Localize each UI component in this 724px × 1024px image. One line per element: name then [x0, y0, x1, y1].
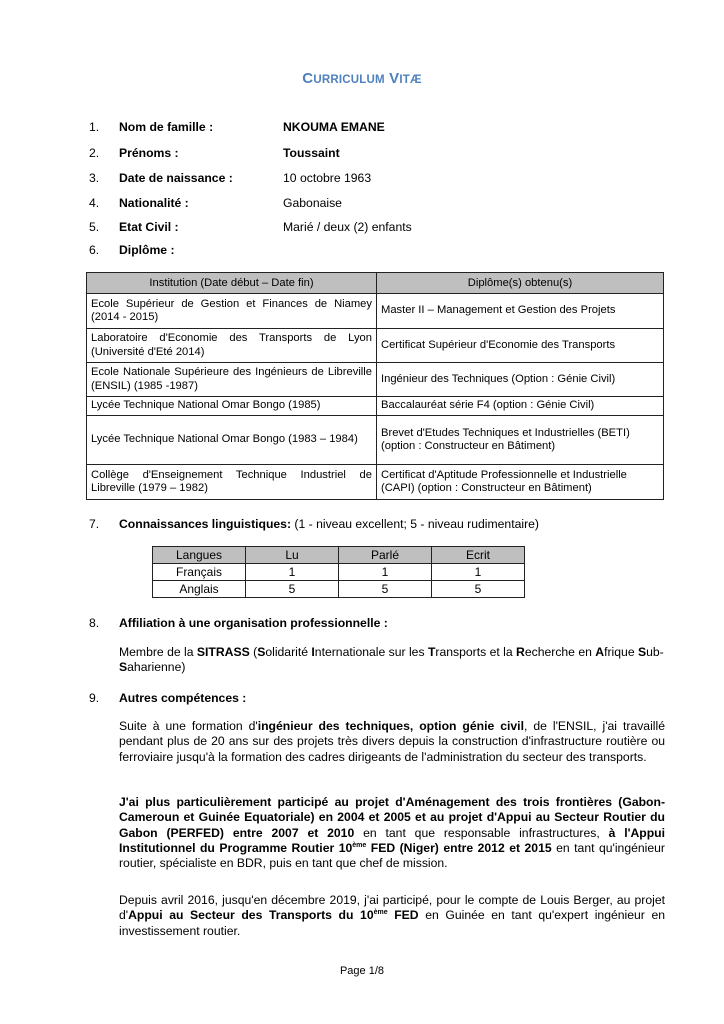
field-label: Diplôme : — [119, 241, 175, 259]
diploma-cell: Master II – Management et Gestion des Pr… — [377, 294, 664, 329]
diploma-cell: Certificat d'Aptitude Professionnelle et… — [377, 465, 664, 500]
diploma-cell: Brevet d'Etudes Techniques et Industriel… — [377, 416, 664, 465]
diploma-table: Institution (Date début – Date fin) Dipl… — [86, 272, 664, 500]
field-label: Nom de famille : — [119, 118, 213, 136]
level-cell: 5 — [339, 581, 432, 598]
diploma-line: (option : Constructeur en Bâtiment) — [381, 440, 659, 454]
item-number: 3. — [89, 169, 109, 187]
level-cell: 5 — [432, 581, 525, 598]
diploma-cell: Ingénieur des Techniques (Option : Génie… — [377, 363, 664, 397]
title-cap-c: C — [302, 70, 313, 87]
section-title: Affiliation à une organisation professio… — [119, 614, 388, 632]
item-number: 5. — [89, 218, 109, 236]
table-row: Collège d'Enseignement Technique Industr… — [87, 465, 664, 500]
item-number: 2. — [89, 144, 109, 162]
section-title: Autres compétences : — [119, 689, 246, 707]
diploma-cell: Baccalauréat série F4 (option : Génie Ci… — [377, 397, 664, 416]
field-value: NKOUMA EMANE — [283, 118, 385, 136]
diploma-line: Brevet d'Etudes Techniques et Industriel… — [381, 427, 659, 441]
field-label: Etat Civil : — [119, 218, 179, 236]
level-cell: 1 — [432, 564, 525, 581]
field-value: Gabonaise — [283, 194, 342, 212]
field-label: Nationalité : — [119, 194, 189, 212]
table-row: Lycée Technique National Omar Bongo (198… — [87, 397, 664, 416]
language-cell: Français — [153, 564, 246, 581]
institution-cell: Laboratoire d'Economie des Transports de… — [87, 329, 377, 363]
section-label: Connaissances linguistiques: (1 - niveau… — [119, 515, 539, 533]
column-header-parle: Parlé — [339, 547, 432, 564]
title-rest-1: URRICULUM — [313, 74, 384, 86]
item-number: 1. — [89, 118, 109, 136]
field-label: Prénoms : — [119, 144, 179, 162]
table-row: Ecole Supérieur de Gestion et Finances d… — [87, 294, 664, 329]
table-row: Laboratoire d'Economie des Transports de… — [87, 329, 664, 363]
competences-paragraph-3: Depuis avril 2016, jusqu'en décembre 201… — [119, 893, 665, 939]
section-note: (1 - niveau excellent; 5 - niveau rudime… — [291, 517, 539, 531]
field-value: Marié / deux (2) enfants — [283, 218, 412, 236]
field-value: 10 octobre 1963 — [283, 169, 371, 187]
title-rest-2: ITÆ — [399, 74, 421, 86]
affiliation-text: Membre de la SITRASS (Solidarité Interna… — [119, 645, 665, 676]
table-row: Anglais 5 5 5 — [153, 581, 525, 598]
column-header-diploma: Diplôme(s) obtenu(s) — [377, 273, 664, 294]
column-header-ecrit: Ecrit — [432, 547, 525, 564]
item-number: 6. — [89, 241, 109, 259]
column-header-institution: Institution (Date début – Date fin) — [87, 273, 377, 294]
item-number: 4. — [89, 194, 109, 212]
item-number: 7. — [89, 515, 109, 533]
column-header-lu: Lu — [246, 547, 339, 564]
competences-paragraph-1: Suite à une formation d'ingénieur des te… — [119, 719, 665, 765]
item-number: 9. — [89, 689, 109, 707]
document-title: CURRICULUM VITÆ — [0, 70, 724, 87]
competences-paragraph-2: J'ai plus particulièrement participé au … — [119, 795, 665, 871]
institution-cell: Ecole Supérieur de Gestion et Finances d… — [87, 294, 377, 329]
table-row: Ecole Nationale Supérieure des Ingénieur… — [87, 363, 664, 397]
language-cell: Anglais — [153, 581, 246, 598]
section-title: Connaissances linguistiques: — [119, 517, 291, 531]
level-cell: 1 — [339, 564, 432, 581]
institution-cell: Lycée Technique National Omar Bongo (198… — [87, 416, 377, 465]
language-table: Langues Lu Parlé Ecrit Français 1 1 1 An… — [152, 546, 525, 598]
field-label: Date de naissance : — [119, 169, 233, 187]
field-value: Toussaint — [283, 144, 340, 162]
table-row: Lycée Technique National Omar Bongo (198… — [87, 416, 664, 465]
title-cap-v: V — [389, 70, 399, 87]
page-number: Page 1/8 — [0, 965, 724, 977]
table-row: Français 1 1 1 — [153, 564, 525, 581]
table-header-row: Langues Lu Parlé Ecrit — [153, 547, 525, 564]
institution-cell: Collège d'Enseignement Technique Industr… — [87, 465, 377, 500]
column-header-langues: Langues — [153, 547, 246, 564]
table-header-row: Institution (Date début – Date fin) Dipl… — [87, 273, 664, 294]
diploma-cell: Certificat Supérieur d'Economie des Tran… — [377, 329, 664, 363]
institution-cell: Lycée Technique National Omar Bongo (198… — [87, 397, 377, 416]
level-cell: 5 — [246, 581, 339, 598]
institution-cell: Ecole Nationale Supérieure des Ingénieur… — [87, 363, 377, 397]
level-cell: 1 — [246, 564, 339, 581]
item-number: 8. — [89, 614, 109, 632]
